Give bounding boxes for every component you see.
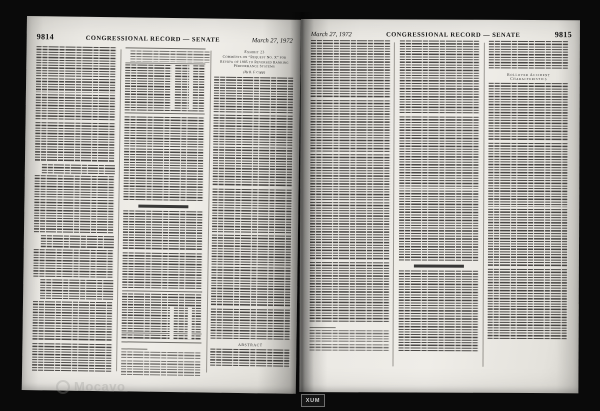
exhibit-kicker: Exhibit 23 [216, 50, 292, 55]
text-block [212, 235, 292, 266]
text-block [32, 343, 112, 372]
footnote-block [121, 351, 201, 359]
left-date: March 27, 1972 [252, 37, 293, 45]
left-columns: Exhibit 23 Comments on “Request No. X” f… [32, 46, 295, 380]
footnote-block [310, 344, 390, 352]
text-block [122, 252, 202, 289]
scanner-bed: 9814 CONGRESSIONAL RECORD — SENATE March… [0, 0, 600, 411]
text-block [34, 175, 114, 198]
text-block [488, 143, 568, 207]
text-block [123, 210, 204, 251]
column-rule [482, 43, 484, 367]
footnote-rule [310, 327, 336, 328]
text-block [399, 190, 479, 260]
rollover-section-heading: Rollover Accident Characteristics [489, 73, 569, 81]
text-block [36, 46, 116, 77]
text-block [310, 100, 390, 152]
text-block [32, 301, 113, 342]
text-block [399, 270, 479, 352]
right-masthead: CONGRESSIONAL RECORD — SENATE [386, 31, 520, 39]
summary-table [121, 290, 202, 343]
text-block [400, 40, 480, 114]
exhibit-title: Comments on “Request No. X” for Review o… [216, 55, 292, 70]
right-running-head: March 27, 1972 CONGRESSIONAL RECORD — SE… [311, 29, 572, 41]
table-header [130, 50, 210, 62]
text-block [36, 78, 116, 93]
quote-block [40, 279, 113, 300]
table-column-gap [189, 64, 194, 110]
left-masthead: CONGRESSIONAL RECORD — SENATE [86, 35, 220, 44]
exhibit-byline: (By R. F. Copp) [216, 70, 292, 75]
left-column-2 [121, 47, 206, 379]
text-block [211, 309, 291, 340]
text-block [35, 122, 116, 163]
text-block [489, 41, 569, 69]
table-column-gap [187, 307, 191, 339]
column-rule [206, 51, 211, 373]
text-block [212, 189, 293, 234]
text-block [310, 202, 390, 260]
column-rule [116, 49, 121, 371]
text-block [34, 199, 114, 234]
text-block [33, 249, 113, 278]
left-column-1 [32, 46, 117, 378]
footnote-rule [121, 348, 147, 349]
text-block [123, 148, 204, 201]
text-block [488, 83, 568, 141]
right-date: March 27, 1972 [311, 31, 352, 38]
text-block [310, 262, 390, 322]
text-block [488, 269, 568, 339]
right-column-1 [310, 40, 391, 354]
microfilm-label-text: XUM [306, 398, 321, 404]
table-column-gap [170, 64, 175, 110]
text-block [211, 267, 292, 308]
text-block [214, 77, 294, 114]
footnote-block [310, 330, 390, 342]
abstract-heading: ABSTRACT [210, 343, 290, 348]
microfilm-label: XUM [301, 394, 325, 407]
text-block [210, 349, 290, 368]
text-block [399, 116, 479, 188]
table-column-gap [170, 307, 174, 339]
performance-table [125, 47, 206, 114]
left-page-scan: 9814 CONGRESSIONAL RECORD — SENATE March… [22, 16, 301, 394]
column-rule [392, 42, 394, 366]
right-page-scan: March 27, 1972 CONGRESSIONAL RECORD — SE… [299, 19, 580, 393]
text-block [36, 94, 116, 121]
quote-block [42, 164, 115, 174]
right-columns: Rollover Accident Characteristics [310, 40, 569, 355]
left-column-3: Exhibit 23 Comments on “Request No. X” f… [210, 49, 295, 381]
right-page-number: 9815 [555, 30, 572, 39]
text-block [311, 40, 391, 98]
small-caps-heading [139, 205, 189, 208]
left-page-number: 9814 [37, 32, 54, 41]
small-caps-heading [414, 264, 464, 267]
quote-block [41, 235, 114, 248]
right-column-2 [399, 40, 480, 354]
text-block [310, 154, 390, 200]
left-running-head: 9814 CONGRESSIONAL RECORD — SENATE March… [37, 32, 293, 47]
right-column-3: Rollover Accident Characteristics [488, 41, 569, 355]
text-block [213, 147, 294, 188]
text-block [213, 115, 293, 146]
text-block [488, 209, 568, 267]
exhibit-heading: Exhibit 23 Comments on “Request No. X” f… [216, 50, 292, 75]
text-block [124, 116, 204, 147]
note-block [121, 360, 201, 377]
